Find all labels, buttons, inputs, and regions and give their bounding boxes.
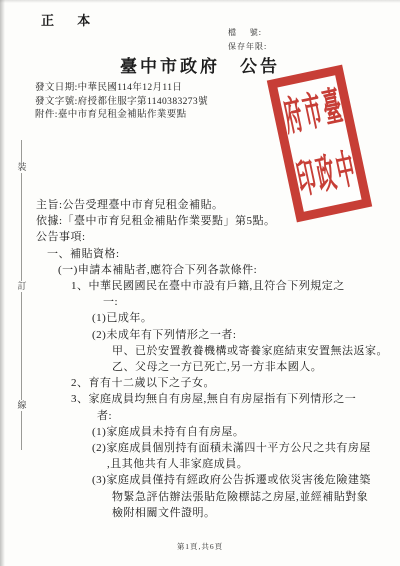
copy-type-label: 正 本 bbox=[41, 10, 100, 29]
body-line: 物緊急評估辦法張貼危險標誌之房屋,並經補貼對象 bbox=[0, 489, 400, 505]
body-line-basis: 依據:「臺中市育兒租金補貼作業要點」第5點。 bbox=[0, 213, 400, 229]
body-line: (2)家庭成員個別持有面積未滿四十平方公尺之共有房屋 bbox=[0, 440, 400, 456]
body-line: 1、中華民國國民在臺中市設有戶籍,且符合下列規定之 bbox=[0, 278, 400, 294]
body-line: (3)家庭成員僅持有經政府公告拆遷或依災害後危險建築 bbox=[0, 472, 400, 488]
body-line: 甲、已於安置教養機構或寄養家庭結束安置無法返家。 bbox=[0, 343, 400, 359]
issue-date-line: 發文日期:中華民國114年12月11日 bbox=[35, 82, 208, 96]
body-line: (一)申請本補貼者,應符合下列各款條件: bbox=[0, 262, 400, 278]
body-line: (1)已成年。 bbox=[0, 310, 400, 326]
scanned-document-page: 正 本 檔號: 保存年限: 臺中市政府 公告 發文日期:中華民國114年12月1… bbox=[0, 0, 400, 566]
announcement-body: 主旨:公告受理臺中市育兒租金補貼。 依據:「臺中市育兒租金補貼作業要點」第5點。… bbox=[0, 197, 400, 521]
body-line: 乙、父母之一方已死亡,另一方非本國人。 bbox=[0, 359, 400, 375]
footer-page-number: 第1頁,共6頁 bbox=[0, 541, 400, 552]
reference-number-line: 發文字號:府授都住服字第1140383273號 bbox=[35, 96, 208, 110]
file-number-label: 檔號: bbox=[228, 26, 267, 40]
body-line: 2、育有十二歲以下之子女。 bbox=[0, 375, 400, 391]
body-line: 檢附相關文件證明。 bbox=[0, 505, 400, 521]
binding-mark-zhuang: 裝 bbox=[16, 162, 28, 173]
body-line: (2)未成年有下列情形之一者: bbox=[0, 327, 400, 343]
body-line: 一: bbox=[0, 294, 400, 310]
body-line: ,且其他共有人非家庭成員。 bbox=[0, 456, 400, 472]
file-number-block: 檔號: 保存年限: bbox=[228, 26, 267, 54]
body-line-subject: 主旨:公告受理臺中市育兒租金補貼。 bbox=[0, 197, 400, 213]
body-line: 3、家庭成員均無自有房屋,無自有房屋指有下列情形之一 bbox=[0, 391, 400, 407]
document-meta-block: 發文日期:中華民國114年12月11日 發文字號:府授都住服字第11403832… bbox=[35, 82, 208, 123]
body-line: 者: bbox=[0, 408, 400, 424]
body-line: 一、補貼資格: bbox=[0, 246, 400, 262]
scan-edge-shadow-top bbox=[0, 0, 400, 3]
body-line: 公告事項: bbox=[0, 229, 400, 245]
attachment-line: 附件:臺中市育兒租金補貼作業要點 bbox=[35, 109, 208, 123]
body-line: (1)家庭成員未持有自有房屋。 bbox=[0, 424, 400, 440]
